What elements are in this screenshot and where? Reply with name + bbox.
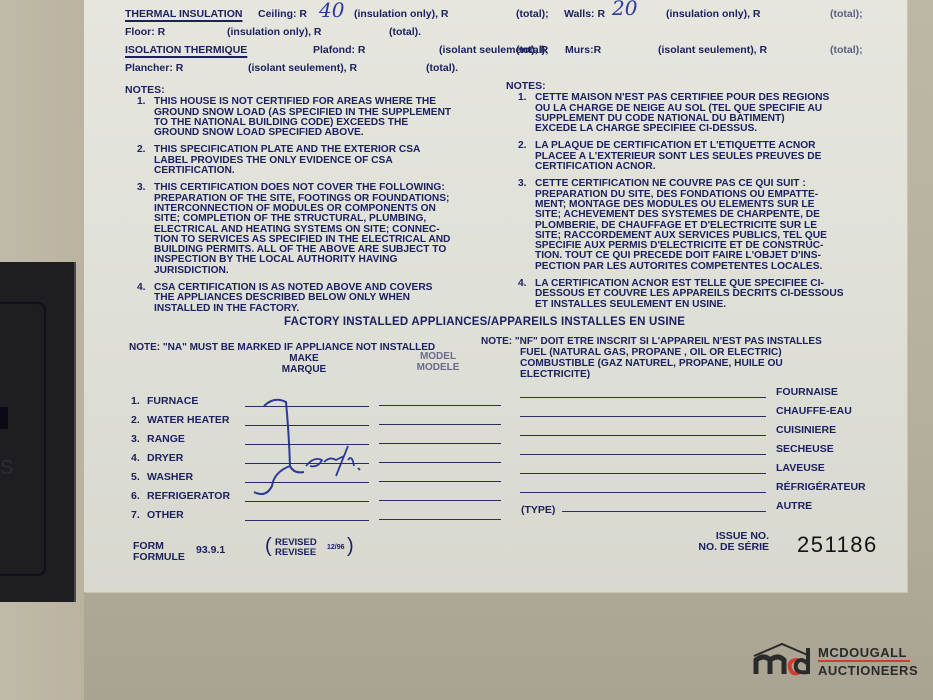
notes-fr-heading: NOTES: (506, 81, 886, 91)
handwritten-na-mark (244, 394, 394, 504)
fuel-field-line[interactable] (520, 454, 766, 455)
watermark-accent-bar (818, 660, 910, 662)
make-column-header: MAKE MARQUE (274, 354, 334, 375)
appliance-number: 1. (131, 395, 140, 407)
appliances-title: FACTORY INSTALLED APPLIANCES/APPAREILS I… (284, 316, 685, 328)
appliance-name-en: DRYER (147, 452, 183, 464)
floor-insulation-only: (insulation only), R (227, 26, 322, 38)
appliance-number: 2. (131, 414, 140, 426)
model-column-header: MODEL MODELE (408, 352, 468, 373)
dark-label-mark (0, 407, 8, 429)
fuel-field-line[interactable] (520, 492, 766, 493)
appliance-number: 5. (131, 471, 140, 483)
plafond-total: (total); (516, 44, 549, 56)
note-fr-3: 3.CETTE CERTIFICATION NE COUVRE PAS CE Q… (518, 179, 886, 272)
walls-label: Walls: R (564, 8, 605, 20)
isolation-thermique-heading: ISOLATION THERMIQUE (125, 44, 247, 56)
ceiling-insulation-only: (insulation only), R (354, 8, 449, 20)
appliance-name-en: RANGE (147, 433, 185, 445)
murs-isolant: (isolant seulement), R (658, 44, 767, 56)
floor-label: Floor: R (125, 26, 165, 38)
note-en-4: 4.CSA CERTIFICATION IS AS NOTED ABOVE AN… (137, 283, 495, 314)
revised-open-paren: ( (265, 535, 272, 558)
fuel-field-line[interactable] (520, 435, 766, 436)
model-field-line[interactable] (379, 424, 501, 425)
note-en-1: 1.THIS HOUSE IS NOT CERTIFIED FOR AREAS … (137, 97, 495, 138)
appliance-name-fr: AUTRE (776, 500, 812, 512)
appliance-name-fr: CUISINIERE (776, 424, 836, 436)
fuel-field-line[interactable] (520, 473, 766, 474)
revised-label: REVISED REVISEE (275, 538, 317, 558)
note-en-2: 2.THIS SPECIFICATION PLATE AND THE EXTER… (137, 145, 495, 176)
watermark-text: MCDOUGALL AUCTIONEERS (818, 646, 918, 678)
murs-total: (total); (830, 44, 863, 56)
fuel-field-line[interactable] (562, 511, 766, 512)
notes-french: NOTES: 1.CETTE MAISON N'EST PAS CERTIFIE… (506, 81, 886, 317)
adjacent-dark-label: S (0, 262, 76, 602)
walls-total: (total); (830, 8, 863, 20)
appliance-name-fr: FOURNAISE (776, 386, 838, 398)
plafond-label: Plafond: R (313, 44, 366, 56)
plancher-total: (total). (426, 62, 458, 74)
thermal-insulation-heading: THERMAL INSULATION (125, 8, 242, 20)
fuel-column-header: FUEL (NATURAL GAS, PROPANE , OIL OR ELEC… (520, 347, 783, 380)
appliance-number: 4. (131, 452, 140, 464)
note-fr-2: 2.LA PLAQUE DE CERTIFICATION ET L'ETIQUE… (518, 141, 886, 172)
appliance-name-en: WASHER (147, 471, 193, 483)
make-field-line[interactable] (245, 425, 369, 426)
floor-total: (total). (389, 26, 421, 38)
appliance-number: 3. (131, 433, 140, 445)
appliance-name-fr: LAVEUSE (776, 462, 825, 474)
model-field-line[interactable] (379, 481, 501, 482)
make-field-line[interactable] (245, 406, 369, 407)
make-field-line[interactable] (245, 444, 369, 445)
appliance-name-en: WATER HEATER (147, 414, 229, 426)
mcd-monogram-icon (752, 642, 818, 678)
walls-r-value: 20 (612, 0, 637, 20)
appliance-name-en: OTHER (147, 509, 184, 521)
appliance-number: 6. (131, 490, 140, 502)
plancher-isolant: (isolant seulement), R (248, 62, 357, 74)
make-field-line[interactable] (245, 463, 369, 464)
appliance-number: 7. (131, 509, 140, 521)
appliance-name-fr: SECHEUSE (776, 443, 834, 455)
mcdougall-watermark: MCDOUGALL AUCTIONEERS (752, 642, 912, 682)
serial-number: 251186 (797, 532, 878, 558)
model-field-line[interactable] (379, 519, 501, 520)
issue-number-label: ISSUE NO. NO. DE SÉRIE (695, 531, 769, 553)
notes-en-heading: NOTES: (125, 85, 495, 95)
specification-plate: THERMAL INSULATION Ceiling: R 40 (insula… (84, 0, 907, 592)
make-field-line[interactable] (245, 501, 369, 502)
note-na: NOTE: "NA" MUST BE MARKED IF APPLIANCE N… (129, 342, 435, 353)
appliance-name-fr: RÉFRIGÉRATEUR (776, 481, 866, 493)
dark-label-glyph: S (0, 457, 13, 480)
make-field-line[interactable] (245, 520, 369, 521)
type-label: (TYPE) (521, 504, 555, 516)
plancher-label: Plancher: R (125, 62, 183, 74)
fuel-field-line[interactable] (520, 416, 766, 417)
note-nf: NOTE: "NF" DOIT ETRE INSCRIT SI L'APPARE… (481, 336, 822, 347)
model-field-line[interactable] (379, 443, 501, 444)
make-field-line[interactable] (245, 482, 369, 483)
revised-close-paren: ) (347, 535, 354, 558)
walls-insulation-only: (insulation only), R (666, 8, 761, 20)
appliance-name-fr: CHAUFFE-EAU (776, 405, 852, 417)
form-number: 93.9.1 (196, 544, 225, 556)
note-en-3: 3.THIS CERTIFICATION DOES NOT COVER THE … (137, 183, 495, 276)
murs-label: Murs:R (565, 44, 601, 56)
form-label: FORM FORMULE (133, 541, 185, 563)
appliance-name-en: REFRIGERATOR (147, 490, 230, 502)
revised-date: 12/96 (327, 544, 345, 551)
model-field-line[interactable] (379, 405, 501, 406)
model-field-line[interactable] (379, 462, 501, 463)
note-fr-4: 4.LA CERTIFICATION ACNOR EST TELLE QUE S… (518, 279, 886, 310)
note-fr-1: 1.CETTE MAISON N'EST PAS CERTIFIEE POUR … (518, 93, 886, 134)
ceiling-r-value: 40 (319, 0, 344, 22)
dark-label-border (0, 302, 46, 576)
fuel-field-line[interactable] (520, 397, 766, 398)
notes-english: NOTES: 1.THIS HOUSE IS NOT CERTIFIED FOR… (125, 85, 495, 321)
ceiling-label: Ceiling: R (258, 8, 307, 20)
ceiling-total: (total); (516, 8, 549, 20)
model-field-line[interactable] (379, 500, 501, 501)
appliance-name-en: FURNACE (147, 395, 198, 407)
